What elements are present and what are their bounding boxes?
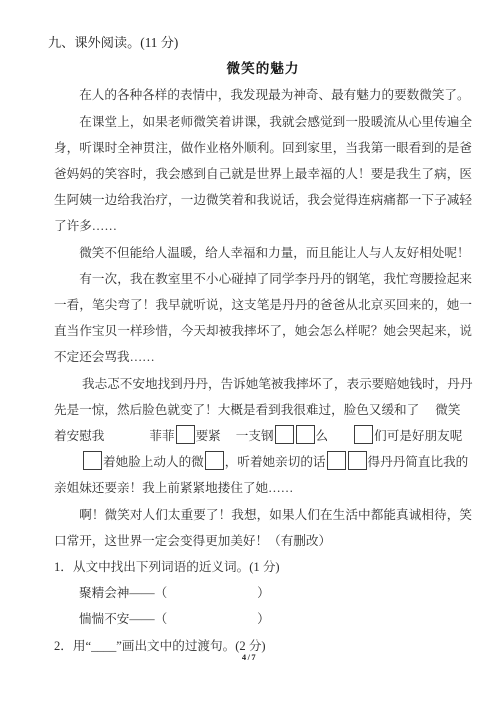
passage-paragraph-3: 微笑不但能给人温暖，给人幸福和力量，而且能让人与人友好相处呢！ (54, 240, 472, 266)
closing-paren: ） (257, 612, 270, 626)
passage-paragraph-4: 有一次，我在教室里不小心碰掉了同学李丹丹的钢笔，我忙弯腰捡起来一看，笔尖弯了！我… (54, 266, 472, 371)
paragraph5-line4: 着她脸上动人的微，听着她亲切的话得丹丹简直比我的 (54, 449, 472, 475)
paragraph5-text: 要紧 (196, 429, 221, 443)
passage-paragraph-1: 在人的各种各样的表情中，我发现最为神奇、最有魅力的要数微笑了。 (54, 82, 472, 108)
punctuation-answer-box (327, 451, 346, 470)
paragraph5-text: 着她脸上动人的微 (103, 455, 204, 469)
question-1-item-1: 聚精会神——（） (54, 580, 472, 606)
question-1-item-2: 惴惴不安——（） (54, 606, 472, 632)
paragraph5-line5: 亲姐妹还要亲！我上前紧紧地搂住了她…… (54, 475, 472, 501)
punctuation-answer-box (348, 451, 367, 470)
paragraph5-text: ，听着她亲切的话 (225, 455, 326, 469)
synonym-word-2: 惴惴不安——（ (79, 612, 167, 626)
paragraph5-text: 微笑 (435, 403, 460, 417)
paragraph5-line2: 先是一惊，然后脸色就变了！大概是看到我很难过，脸色又缓和了微笑 (54, 397, 472, 423)
paragraph5-text: 菲菲 (149, 429, 174, 443)
text-gap (328, 439, 353, 440)
text-gap (104, 439, 149, 440)
passage-paragraph-5: 我忐忑不安地找到丹丹，告诉她笔被我摔坏了，表示要赔她钱时，丹丹 先是一惊，然后脸… (54, 371, 472, 502)
passage-title: 微笑的魅力 (54, 56, 472, 82)
paragraph5-text: 得丹丹简直比我的 (368, 455, 469, 469)
paragraph5-text: 一支钢 (236, 429, 274, 443)
paragraph5-line1: 我忐忑不安地找到丹丹，告诉她笔被我摔坏了，表示要赔她钱时，丹丹 (54, 371, 472, 397)
paragraph5-text: 我忐忑不安地找到丹丹，告诉她笔被我摔坏了，表示要赔她钱时，丹丹 (82, 377, 472, 391)
punctuation-answer-box (205, 451, 224, 470)
answer-blank (167, 622, 257, 623)
punctuation-answer-box (176, 425, 195, 444)
closing-paren: ） (257, 586, 270, 600)
punctuation-answer-box (275, 425, 294, 444)
question-1-label: 1．从文中找出下列词语的近义词。(1 分) (54, 554, 472, 580)
passage-paragraph-2: 在课堂上，如果老师微笑着讲课，我就会感觉到一股暖流从心里传遍全身，听课时全神贯注… (54, 109, 472, 240)
paragraph5-line3: 着安慰我菲菲要紧一支钢么们可是好朋友呢 (54, 423, 472, 449)
paragraph5-text: 先是一惊，然后脸色就变了！大概是看到我很难过，脸色又缓和了 (54, 403, 419, 417)
punctuation-answer-box (354, 425, 373, 444)
paragraph5-text: 么 (316, 429, 329, 443)
paragraph5-text: 着安慰我 (54, 429, 104, 443)
answer-blank (167, 596, 257, 597)
paragraph5-text: 亲姐妹还要亲！我上前紧紧地搂住了她…… (54, 481, 293, 495)
synonym-word-1: 聚精会神——（ (79, 586, 167, 600)
section-heading: 九、课外阅读。(11 分) (48, 30, 472, 56)
punctuation-answer-box (83, 451, 102, 470)
page-content: 九、课外阅读。(11 分) 微笑的魅力 在人的各种各样的表情中，我发现最为神奇、… (54, 30, 472, 659)
passage-paragraph-6: 啊！微笑对人们太重要了！我想，如果人们在生活中都能真诚相待，笑口常开，这世界一定… (54, 502, 472, 554)
text-gap (419, 413, 435, 414)
question-1: 1．从文中找出下列词语的近义词。(1 分) 聚精会神——（） 惴惴不安——（） (54, 554, 472, 633)
paragraph5-text: 们可是好朋友呢 (374, 429, 462, 443)
text-gap (221, 439, 236, 440)
worksheet-page: 九、课外阅读。(11 分) 微笑的魅力 在人的各种各样的表情中，我发现最为神奇、… (0, 0, 499, 706)
page-number: 4/7 (0, 652, 499, 662)
punctuation-answer-box (296, 425, 315, 444)
